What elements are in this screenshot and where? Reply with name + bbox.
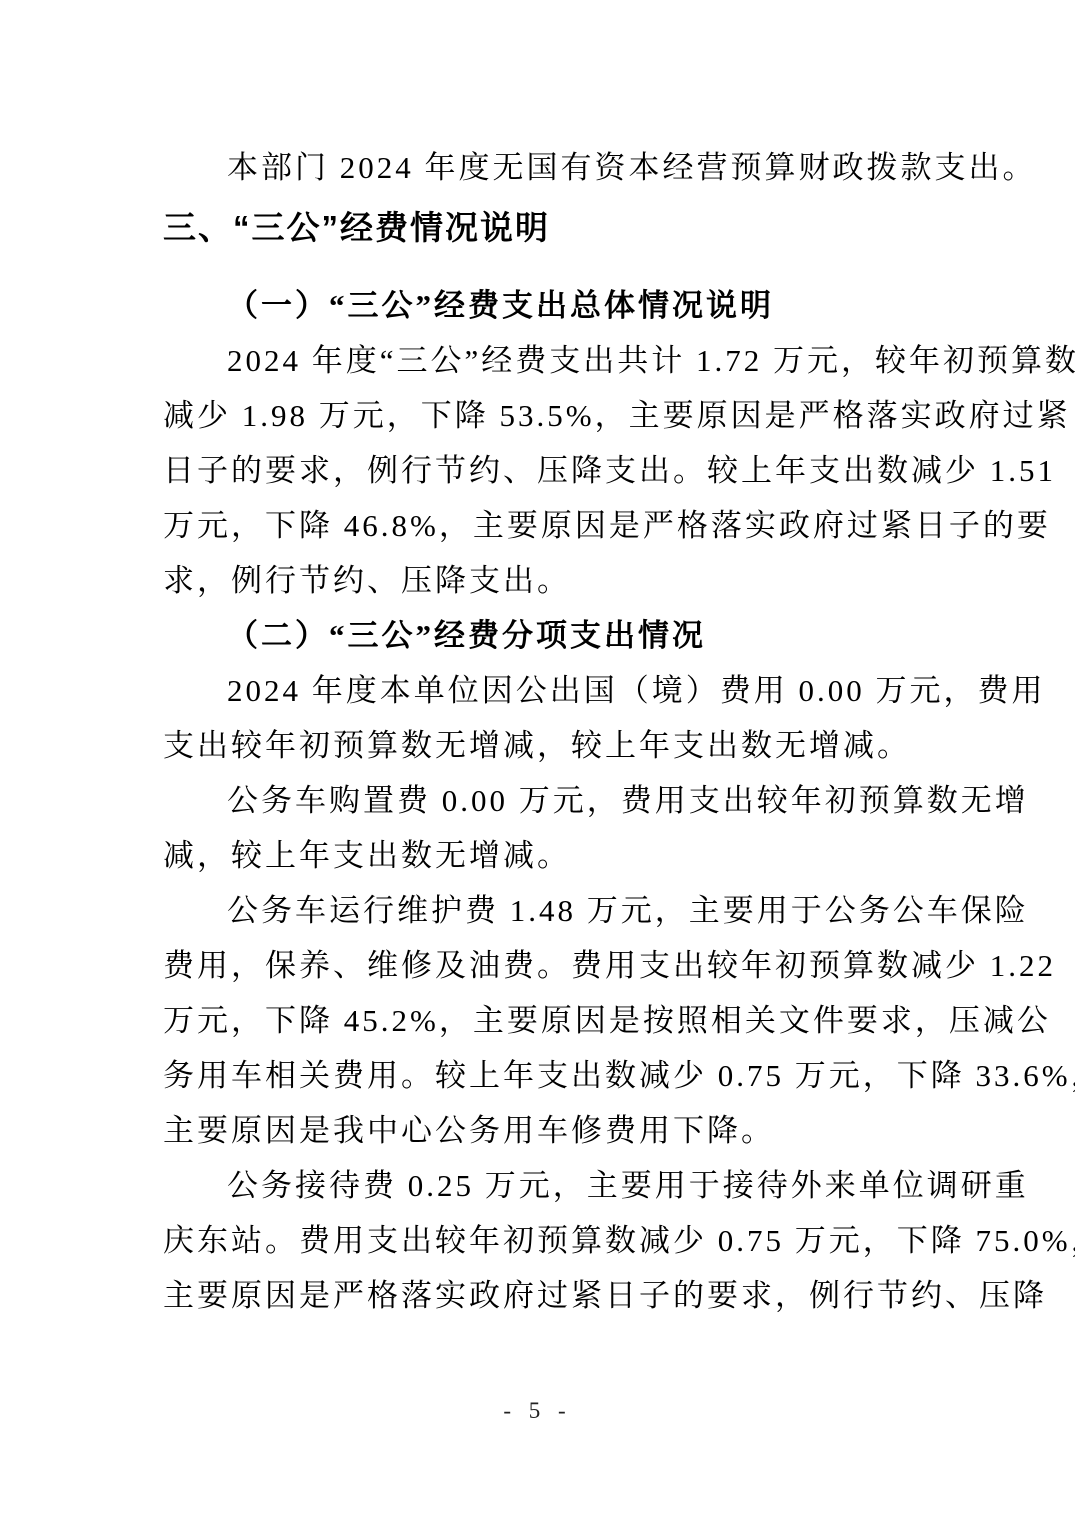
paragraph-vehicle-maintenance: 公务车运行维护费 1.48 万元，主要用于公务公车保险 费用，保养、维修及油费。…	[163, 883, 910, 1158]
paragraph-total-overview: 2024 年度“三公”经费支出共计 1.72 万元，较年初预算数 减少 1.98…	[163, 333, 910, 608]
paragraph-vehicle-purchase: 公务车购置费 0.00 万元，费用支出较年初预算数无增 减，较上年支出数无增减。	[163, 773, 910, 883]
paragraph-line: 主要原因是我中心公务用车修费用下降。	[163, 1103, 910, 1158]
paragraph-line: 求，例行节约、压降支出。	[163, 553, 910, 608]
paragraph-line: 务用车相关费用。较上年支出数减少 0.75 万元，下降 33.6%，	[163, 1048, 910, 1103]
paragraph-line: 日子的要求，例行节约、压降支出。较上年支出数减少 1.51	[163, 443, 910, 498]
paragraph-line: 减，较上年支出数无增减。	[163, 828, 910, 883]
paragraph-line: 主要原因是严格落实政府过紧日子的要求，例行节约、压降	[163, 1268, 910, 1323]
paragraph-line: 万元，下降 46.8%，主要原因是严格落实政府过紧日子的要	[163, 498, 910, 553]
paragraph-line: 减少 1.98 万元，下降 53.5%，主要原因是严格落实政府过紧	[163, 388, 910, 443]
subsection-2-title: （二）“三公”经费分项支出情况	[163, 608, 910, 663]
document-content: 本部门 2024 年度无国有资本经营预算财政拨款支出。 三、“三公”经费情况说明…	[163, 140, 910, 1323]
paragraph-line: 公务车购置费 0.00 万元，费用支出较年初预算数无增	[163, 773, 910, 828]
page-number: - 5 -	[0, 1398, 1075, 1424]
paragraph-abroad-expense: 2024 年度本单位因公出国（境）费用 0.00 万元，费用 支出较年初预算数无…	[163, 663, 910, 773]
paragraph-line: 支出较年初预算数无增减，较上年支出数无增减。	[163, 718, 910, 773]
section-heading: 三、“三公”经费情况说明	[163, 200, 910, 255]
document-page: 本部门 2024 年度无国有资本经营预算财政拨款支出。 三、“三公”经费情况说明…	[0, 0, 1075, 1520]
paragraph-line: 公务车运行维护费 1.48 万元，主要用于公务公车保险	[163, 883, 910, 938]
paragraph-line: 公务接待费 0.25 万元，主要用于接待外来单位调研重	[163, 1158, 910, 1213]
paragraph-line: 费用，保养、维修及油费。费用支出较年初预算数减少 1.22	[163, 938, 910, 993]
intro-line: 本部门 2024 年度无国有资本经营预算财政拨款支出。	[163, 140, 910, 195]
paragraph-line: 2024 年度本单位因公出国（境）费用 0.00 万元，费用	[163, 663, 910, 718]
paragraph-line: 庆东站。费用支出较年初预算数减少 0.75 万元，下降 75.0%，	[163, 1213, 910, 1268]
paragraph-line: 2024 年度“三公”经费支出共计 1.72 万元，较年初预算数	[163, 333, 910, 388]
subsection-1-title: （一）“三公”经费支出总体情况说明	[163, 278, 910, 333]
paragraph-line: 万元，下降 45.2%，主要原因是按照相关文件要求，压减公	[163, 993, 910, 1048]
paragraph-reception-expense: 公务接待费 0.25 万元，主要用于接待外来单位调研重 庆东站。费用支出较年初预…	[163, 1158, 910, 1323]
